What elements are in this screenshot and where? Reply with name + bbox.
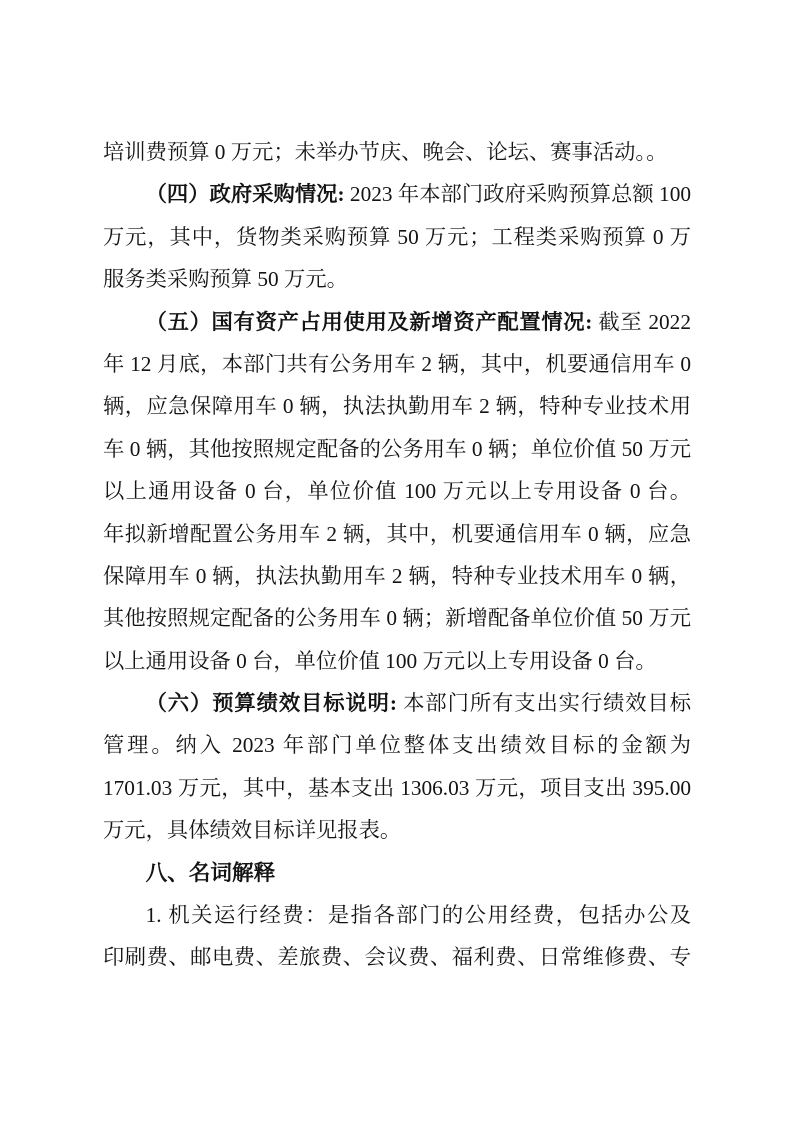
text-line: 印刷费、邮电费、差旅费、会议费、福利费、日常维修费、专 bbox=[103, 936, 691, 978]
line-text: 万元，具体绩效目标详见报表。 bbox=[103, 818, 401, 842]
line-text: 1701.03 万元，其中，基本支出 1306.03 万元，项目支出 395.0… bbox=[103, 776, 691, 800]
line-text: 车 0 辆，其他按照规定配备的公务用车 0 辆；单位价值 50 万元 bbox=[103, 437, 691, 461]
section-heading-glossary: 八、名词解释 bbox=[103, 852, 691, 894]
heading-text: 八、名词解释 bbox=[146, 860, 276, 885]
line-text: 年拟新增配置公务用车 2 辆，其中，机要通信用车 0 辆，应急 bbox=[103, 522, 691, 546]
line-text: 年 12 月底，本部门共有公务用车 2 辆，其中，机要通信用车 0 bbox=[103, 352, 691, 376]
text-line: 万元，其中，货物类采购预算 50 万元；工程类采购预算 0 万元； bbox=[103, 216, 691, 258]
text-line: 保障用车 0 辆，执法执勤用车 2 辆，特种专业技术用车 0 辆， bbox=[103, 555, 691, 597]
text-line: 1. 机关运行经费：是指各部门的公用经费，包括办公及 bbox=[103, 894, 691, 936]
line-text: 2023 年本部门政府采购预算总额 100 bbox=[345, 182, 691, 206]
text-line: 以上通用设备 0 台，单位价值 100 万元以上专用设备 0 台。 bbox=[103, 640, 691, 682]
line-text: 辆，应急保障用车 0 辆，执法执勤用车 2 辆，特种专业技术用 bbox=[103, 394, 691, 418]
section-lead-procurement: （四）政府采购情况: bbox=[146, 182, 345, 206]
text-line: 其他按照规定配备的公务用车 0 辆；新增配备单位价值 50 万元 bbox=[103, 597, 691, 639]
document-page: 培训费预算 0 万元；未举办节庆、晚会、论坛、赛事活动。。 （四）政府采购情况:… bbox=[0, 0, 793, 1122]
line-text: 保障用车 0 辆，执法执勤用车 2 辆，特种专业技术用车 0 辆， bbox=[103, 564, 691, 588]
line-text: 管理。纳入 2023 年部门单位整体支出绩效目标的金额为 bbox=[103, 733, 691, 757]
text-line: 辆，应急保障用车 0 辆，执法执勤用车 2 辆，特种专业技术用 bbox=[103, 385, 691, 427]
line-text: 其他按照规定配备的公务用车 0 辆；新增配备单位价值 50 万元 bbox=[103, 606, 691, 630]
line-text: 截至 2022 bbox=[592, 310, 691, 334]
line-text: 培训费预算 0 万元；未举办节庆、晚会、论坛、赛事活动。。 bbox=[103, 140, 667, 164]
text-line: 管理。纳入 2023 年部门单位整体支出绩效目标的金额为 bbox=[103, 724, 691, 766]
text-line: 年 12 月底，本部门共有公务用车 2 辆，其中，机要通信用车 0 bbox=[103, 343, 691, 385]
text-line: 车 0 辆，其他按照规定配备的公务用车 0 辆；单位价值 50 万元 bbox=[103, 428, 691, 470]
line-text: 以上通用设备 0 台，单位价值 100 万元以上专用设备 0 台。 bbox=[103, 649, 657, 673]
text-line: 培训费预算 0 万元；未举办节庆、晚会、论坛、赛事活动。。 bbox=[103, 131, 691, 173]
section-lead-performance: （六）预算绩效目标说明: bbox=[146, 691, 397, 715]
document-text-block: 培训费预算 0 万元；未举办节庆、晚会、论坛、赛事活动。。 （四）政府采购情况:… bbox=[103, 131, 691, 979]
text-line: 年拟新增配置公务用车 2 辆，其中，机要通信用车 0 辆，应急 bbox=[103, 513, 691, 555]
line-text: 服务类采购预算 50 万元。 bbox=[103, 267, 348, 291]
text-line: （四）政府采购情况: 2023 年本部门政府采购预算总额 100 bbox=[103, 173, 691, 215]
text-line: 以上通用设备 0 台，单位价值 100 万元以上专用设备 0 台。2023 bbox=[103, 470, 691, 512]
line-text: 印刷费、邮电费、差旅费、会议费、福利费、日常维修费、专 bbox=[103, 945, 691, 969]
text-line: 万元，具体绩效目标详见报表。 bbox=[103, 809, 691, 851]
text-line: 服务类采购预算 50 万元。 bbox=[103, 258, 691, 300]
line-text: 本部门所有支出实行绩效目标 bbox=[397, 691, 691, 715]
text-line: （六）预算绩效目标说明: 本部门所有支出实行绩效目标 bbox=[103, 682, 691, 724]
text-line: 1701.03 万元，其中，基本支出 1306.03 万元，项目支出 395.0… bbox=[103, 767, 691, 809]
text-line: （五）国有资产占用使用及新增资产配置情况: 截至 2022 bbox=[103, 301, 691, 343]
section-lead-state-assets: （五）国有资产占用使用及新增资产配置情况: bbox=[146, 310, 593, 334]
line-text: 1. 机关运行经费：是指各部门的公用经费，包括办公及 bbox=[146, 903, 691, 927]
line-text: 以上通用设备 0 台，单位价值 100 万元以上专用设备 0 台。2023 bbox=[103, 479, 691, 512]
line-text: 万元，其中，货物类采购预算 50 万元；工程类采购预算 0 万元； bbox=[103, 225, 691, 258]
